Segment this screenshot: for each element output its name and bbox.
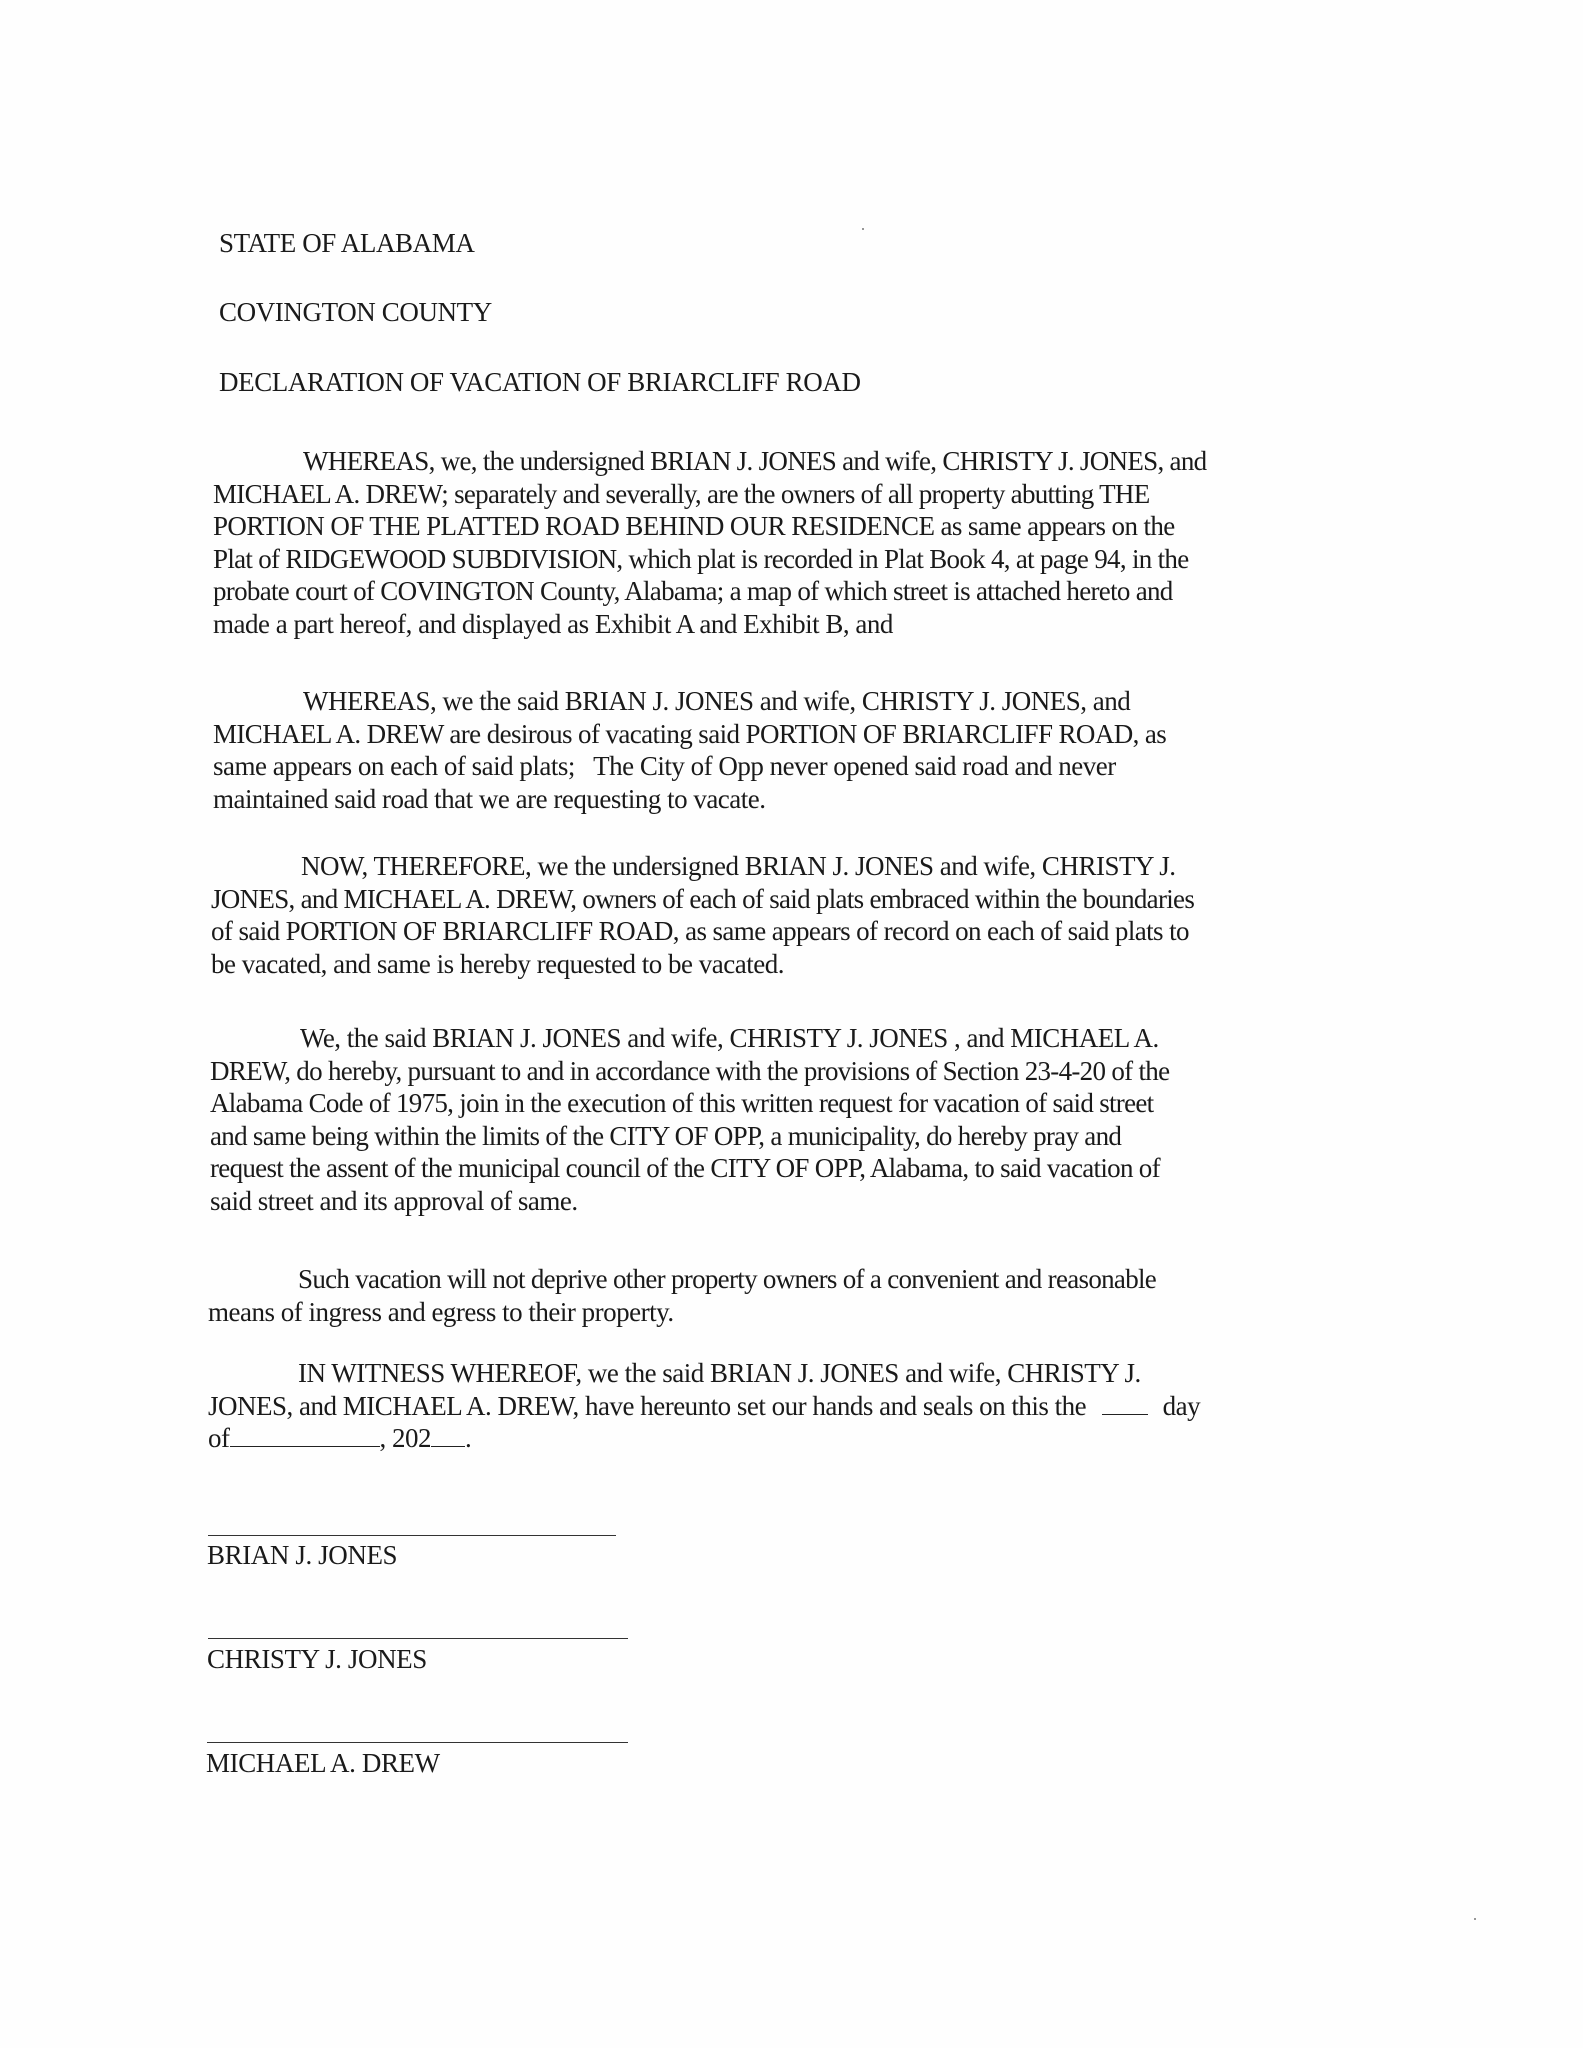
text-line: and same being within the limits of the … bbox=[210, 1120, 1169, 1153]
scan-speck bbox=[862, 228, 864, 230]
signer-name-michael: MICHAEL A. DREW bbox=[206, 1748, 440, 1779]
day-blank-field[interactable] bbox=[1102, 1413, 1148, 1415]
text-line: MICHAEL A. DREW; separately and severall… bbox=[213, 478, 1206, 511]
county-heading: COVINGTON COUNTY bbox=[219, 297, 492, 328]
text-line: NOW, THEREFORE, we the undersigned BRIAN… bbox=[211, 850, 1194, 883]
text-line: Such vacation will not deprive other pro… bbox=[208, 1263, 1156, 1296]
witness-text: JONES, and MICHAEL A. DREW, have hereunt… bbox=[208, 1391, 1086, 1421]
text-line: maintained said road that we are request… bbox=[213, 783, 1166, 816]
year-prefix: , 202 bbox=[380, 1423, 432, 1453]
text-line: WHEREAS, we, the undersigned BRIAN J. JO… bbox=[213, 445, 1206, 478]
period: . bbox=[465, 1423, 471, 1453]
paragraph-such-vacation: Such vacation will not deprive other pro… bbox=[208, 1263, 1156, 1328]
document-title: DECLARATION OF VACATION OF BRIARCLIFF RO… bbox=[219, 367, 861, 398]
text-line: JONES, and MICHAEL A. DREW, have hereunt… bbox=[208, 1390, 1200, 1423]
paragraph-now-therefore: NOW, THEREFORE, we the undersigned BRIAN… bbox=[211, 850, 1194, 980]
signature-line-brian[interactable] bbox=[208, 1535, 616, 1536]
text-line: request the assent of the municipal coun… bbox=[210, 1152, 1169, 1185]
text-line: DREW, do hereby, pursuant to and in acco… bbox=[210, 1055, 1169, 1088]
month-blank-field[interactable] bbox=[230, 1445, 380, 1447]
text-line: of, 202. bbox=[208, 1422, 1200, 1455]
paragraph-we-the-said: We, the said BRIAN J. JONES and wife, CH… bbox=[210, 1022, 1169, 1217]
of-label: of bbox=[208, 1423, 230, 1453]
text-line: same appears on each of said plats; The … bbox=[213, 750, 1166, 783]
state-heading: STATE OF ALABAMA bbox=[219, 228, 474, 259]
text-line: of said PORTION OF BRIARCLIFF ROAD, as s… bbox=[211, 915, 1194, 948]
text-line: be vacated, and same is hereby requested… bbox=[211, 948, 1194, 981]
year-blank-field[interactable] bbox=[431, 1445, 465, 1447]
text-line: probate court of COVINGTON County, Alaba… bbox=[213, 575, 1206, 608]
day-label: day bbox=[1163, 1391, 1200, 1421]
signer-name-brian: BRIAN J. JONES bbox=[207, 1540, 397, 1571]
text-line: made a part hereof, and displayed as Exh… bbox=[213, 608, 1206, 641]
signature-line-michael[interactable] bbox=[207, 1742, 628, 1743]
paragraph-whereas-desirous: WHEREAS, we the said BRIAN J. JONES and … bbox=[213, 685, 1166, 815]
text-line: means of ingress and egress to their pro… bbox=[208, 1296, 1156, 1329]
text-line: PORTION OF THE PLATTED ROAD BEHIND OUR R… bbox=[213, 510, 1206, 543]
text-line: JONES, and MICHAEL A. DREW, owners of ea… bbox=[211, 883, 1194, 916]
text-line: IN WITNESS WHEREOF, we the said BRIAN J.… bbox=[208, 1357, 1200, 1390]
signer-name-christy: CHRISTY J. JONES bbox=[207, 1644, 427, 1675]
signature-line-christy[interactable] bbox=[208, 1638, 628, 1639]
text-line: Plat of RIDGEWOOD SUBDIVISION, which pla… bbox=[213, 543, 1206, 576]
paragraph-in-witness: IN WITNESS WHEREOF, we the said BRIAN J.… bbox=[208, 1357, 1200, 1455]
text-line: WHEREAS, we the said BRIAN J. JONES and … bbox=[213, 685, 1166, 718]
text-line: MICHAEL A. DREW are desirous of vacating… bbox=[213, 718, 1166, 751]
text-line: said street and its approval of same. bbox=[210, 1185, 1169, 1218]
document-page: STATE OF ALABAMA COVINGTON COUNTY DECLAR… bbox=[0, 0, 1583, 2048]
scan-speck bbox=[1474, 1918, 1476, 1920]
text-line: We, the said BRIAN J. JONES and wife, CH… bbox=[210, 1022, 1169, 1055]
paragraph-whereas-owners: WHEREAS, we, the undersigned BRIAN J. JO… bbox=[213, 445, 1206, 640]
text-line: Alabama Code of 1975, join in the execut… bbox=[210, 1087, 1169, 1120]
